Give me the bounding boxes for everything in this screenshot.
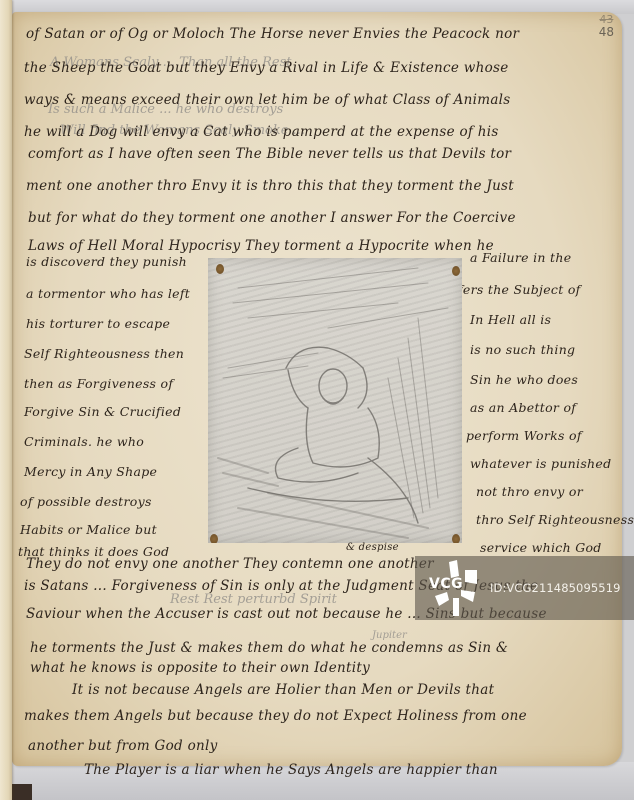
text-line: he torments the Just & makes them do wha…: [30, 640, 508, 656]
pin-mark: [216, 264, 224, 274]
left-column-line: his torturer to escape: [26, 316, 170, 331]
left-column-line: Self Righteousness then: [24, 346, 184, 361]
left-column-line: then as Forgiveness of: [24, 376, 173, 391]
text-line: They do not envy one another They contem…: [26, 556, 434, 572]
text-line: of Satan or of Og or Moloch The Horse ne…: [26, 26, 519, 42]
text-line: comfort as I have often seen The Bible n…: [28, 146, 511, 162]
pin-mark: [452, 534, 460, 543]
right-column-line: In Hell all is: [470, 312, 551, 327]
vcg-logo-text: VCG: [429, 576, 463, 592]
text-line: he will a Dog will envy a Cat who is pam…: [24, 124, 499, 140]
sketch-figure-illustration: [208, 258, 462, 543]
pencil-sketch-figure-in-despair: [208, 258, 462, 543]
text-line: ways & means exceed their own let him be…: [24, 92, 511, 108]
right-column-line: thro Self Righteousness: [476, 512, 634, 527]
left-column-line: Habits or Malice but: [20, 522, 157, 537]
pin-mark: [210, 534, 218, 543]
binding-edge: [0, 0, 12, 800]
pin-mark: [452, 266, 460, 276]
left-column-line: of possible destroys: [20, 494, 152, 509]
left-column-line: Forgive Sin & Crucified: [24, 404, 181, 419]
left-column-line: is discoverd they punish: [26, 254, 187, 269]
left-column-line: Criminals. he who: [24, 434, 144, 449]
binding-corner: [10, 784, 32, 800]
right-column-line: Sin he who does: [470, 372, 578, 387]
right-column-line: not thro envy or: [476, 484, 583, 499]
current-folio-number: 48: [599, 25, 614, 39]
right-column-line: fers the Subject of: [458, 282, 581, 297]
text-line: The Player is a liar when he Says Angels…: [84, 762, 498, 778]
interlinear-annotation: & despise: [346, 542, 399, 553]
text-line: the Sheep the Goat but they Envy a Rival…: [24, 60, 509, 76]
right-column-line: perform Works of: [466, 428, 582, 443]
right-column-line: whatever is punished: [470, 456, 611, 471]
left-column-line: a tormentor who has left: [26, 286, 190, 301]
text-line: ment one another thro Envy it is thro th…: [26, 178, 514, 194]
text-line: what he knows is opposite to their own I…: [30, 660, 370, 676]
right-column-line: is no such thing: [470, 342, 575, 357]
vcg-image-id: ID:VCG211485095519: [490, 581, 621, 595]
right-column-line: a Failure in the: [470, 250, 571, 265]
text-line: It is not because Angels are Holier than…: [72, 682, 494, 698]
text-line: makes them Angels but because they do no…: [24, 708, 527, 724]
vcg-logo: VCG: [415, 556, 490, 620]
text-line: Laws of Hell Moral Hypocrisy They tormen…: [28, 238, 494, 254]
right-column-line: service which God: [480, 540, 602, 555]
right-column-line: as an Abettor of: [470, 400, 576, 415]
left-column-line: Mercy in Any Shape: [24, 464, 157, 479]
struck-folio-number: 43: [599, 14, 614, 26]
vcg-watermark: VCG ID:VCG211485095519: [415, 556, 634, 620]
folio-number: 43 48: [599, 14, 614, 38]
pencil-line: Rest Rest perturbd Spirit: [170, 592, 337, 607]
text-line: another but from God only: [28, 738, 218, 754]
text-line: but for what do they torment one another…: [28, 210, 516, 226]
